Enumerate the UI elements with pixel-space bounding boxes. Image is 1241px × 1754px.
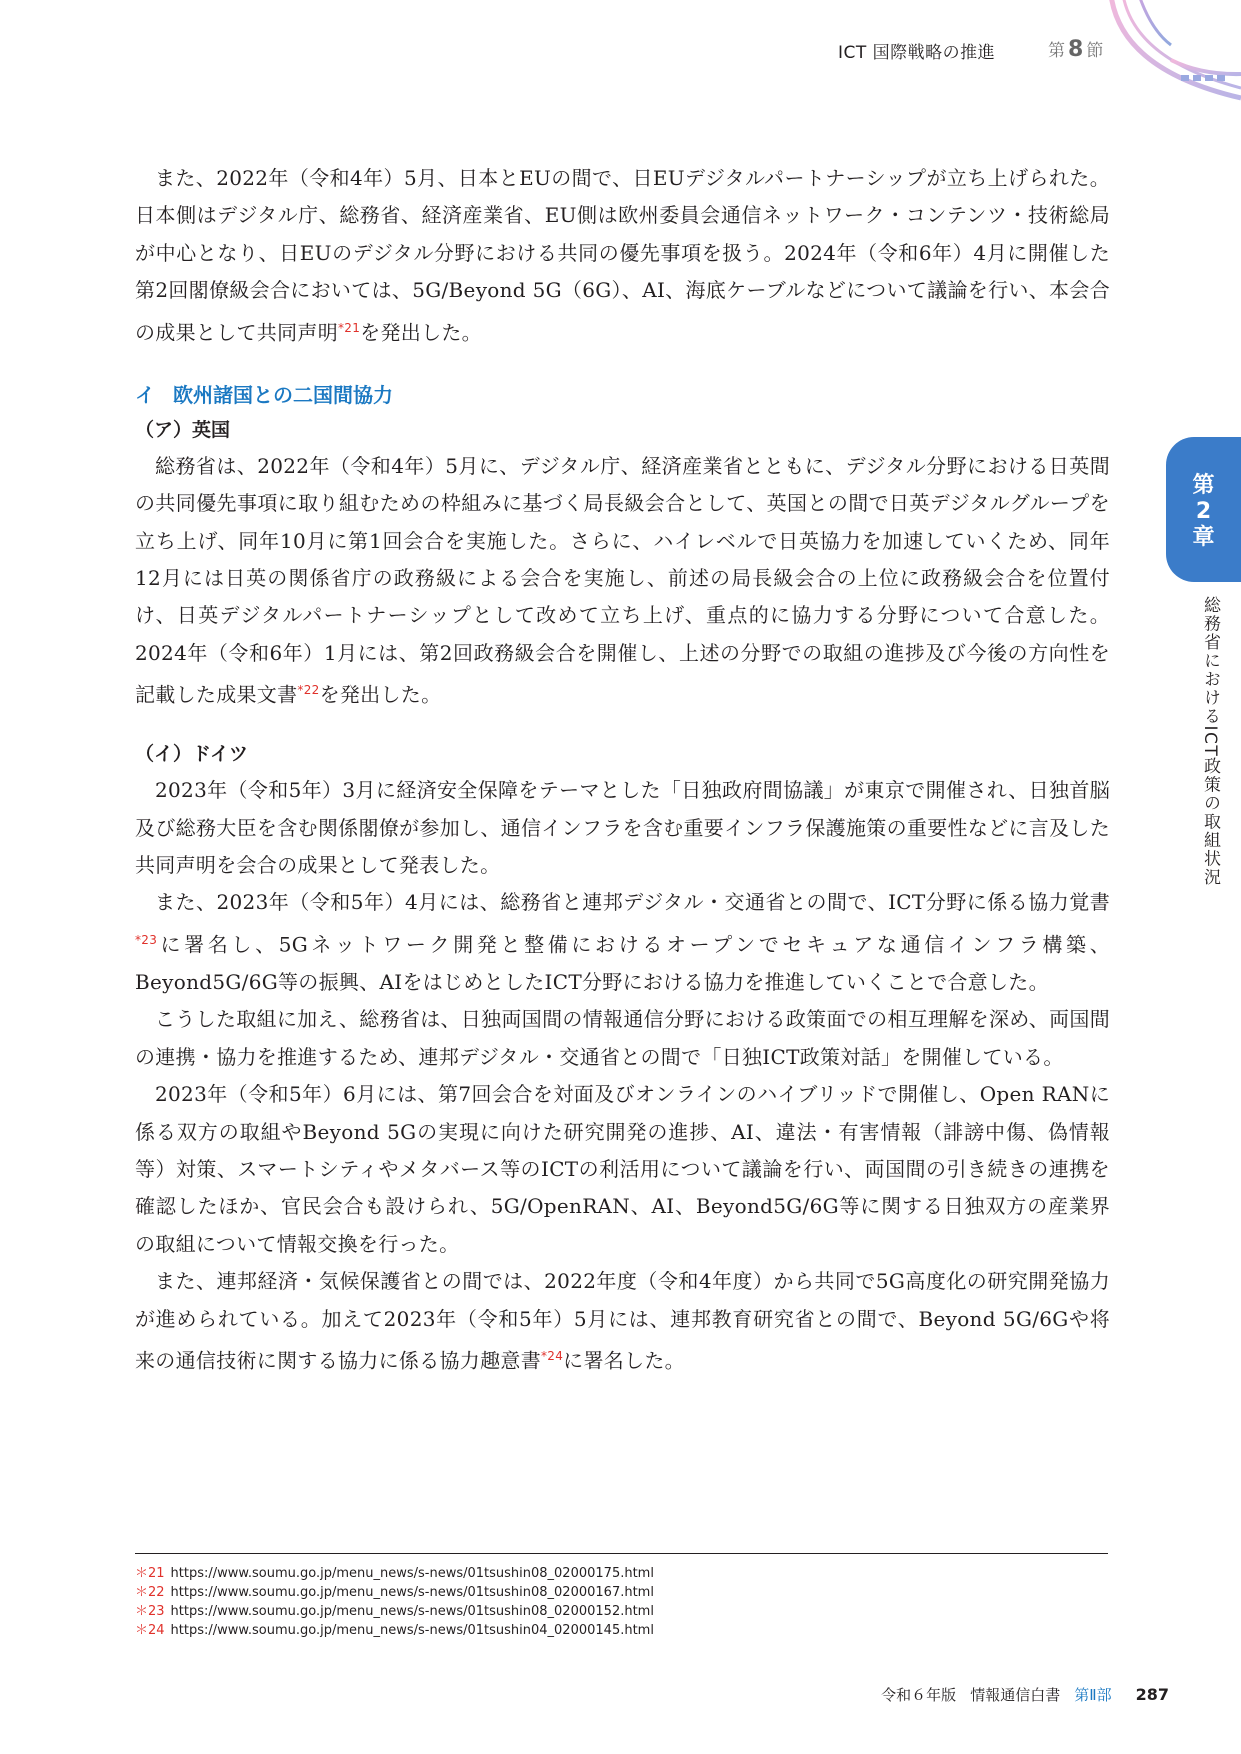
footnotes: ＊21https://www.soumu.go.jp/menu_news/s-n… [135, 1553, 1108, 1640]
germany-paragraph: 2023年（令和5年）3月に経済安全保障をテーマとした「日独政府間協議」が東京で… [135, 772, 1110, 884]
footnote-ref[interactable]: *24 [541, 1349, 563, 1363]
running-header: ICT 国際戦略の推進 第8節 [0, 36, 1241, 66]
page-number: 287 [1136, 1685, 1169, 1704]
chapter-tab: 第 2 章 [1166, 437, 1241, 582]
germany-paragraph: こうした取組に加え、総務省は、日独両国間の情報通信分野における政策面での相互理解… [135, 1001, 1110, 1076]
footnote-ref[interactable]: *22 [297, 683, 319, 697]
footnote-link[interactable]: https://www.soumu.go.jp/menu_news/s-news… [171, 1604, 654, 1619]
section-number: 8 [1068, 37, 1083, 62]
footnote-item: ＊23https://www.soumu.go.jp/menu_news/s-n… [135, 1602, 1108, 1621]
page-footer: 令和６年版情報通信白書第Ⅱ部287 [881, 1684, 1169, 1705]
footnote-item: ＊24https://www.soumu.go.jp/menu_news/s-n… [135, 1621, 1108, 1640]
footnote-ref[interactable]: *23 [135, 933, 157, 947]
uk-paragraph: 総務省は、2022年（令和4年）5月に、デジタル庁、経済産業省とともに、デジタル… [135, 448, 1110, 715]
intro-paragraph: また、2022年（令和4年）5月、日本とEUの間で、日EUデジタルパートナーシッ… [135, 160, 1110, 352]
edition-label: 令和６年版 [881, 1686, 956, 1704]
germany-paragraph: 2023年（令和5年）6月には、第7回会合を対面及びオンラインのハイブリッドで開… [135, 1076, 1110, 1263]
chapter-side-label: 総務省におけるICT政策の取組状況 [1197, 596, 1223, 887]
book-title: 情報通信白書 [970, 1686, 1060, 1704]
decorative-arcs-icon [1091, 0, 1241, 110]
footnote-ref[interactable]: *21 [338, 321, 360, 335]
footnote-item: ＊21https://www.soumu.go.jp/menu_news/s-n… [135, 1564, 1108, 1583]
subheading-uk: （ア）英国 [135, 412, 1110, 448]
footnote-link[interactable]: https://www.soumu.go.jp/menu_news/s-news… [171, 1585, 654, 1600]
germany-paragraph: また、連邦経済・気候保護省との間では、2022年度（令和4年度）から共同で5G高… [135, 1263, 1110, 1380]
footnote-link[interactable]: https://www.soumu.go.jp/menu_news/s-news… [171, 1623, 654, 1638]
footnote-link[interactable]: https://www.soumu.go.jp/menu_news/s-news… [171, 1566, 654, 1581]
section-heading: イ欧州諸国との二国間協力 [135, 378, 1110, 412]
main-content: また、2022年（令和4年）5月、日本とEUの間で、日EUデジタルパートナーシッ… [135, 160, 1110, 1380]
header-title: ICT 国際戦略の推進 [838, 38, 995, 63]
part-label: 第Ⅱ部 [1074, 1686, 1111, 1704]
subheading-germany: （イ）ドイツ [135, 736, 1110, 772]
footnote-item: ＊22https://www.soumu.go.jp/menu_news/s-n… [135, 1583, 1108, 1602]
germany-paragraph: また、2023年（令和5年）4月には、総務省と連邦デジタル・交通省との間で、IC… [135, 884, 1110, 1001]
